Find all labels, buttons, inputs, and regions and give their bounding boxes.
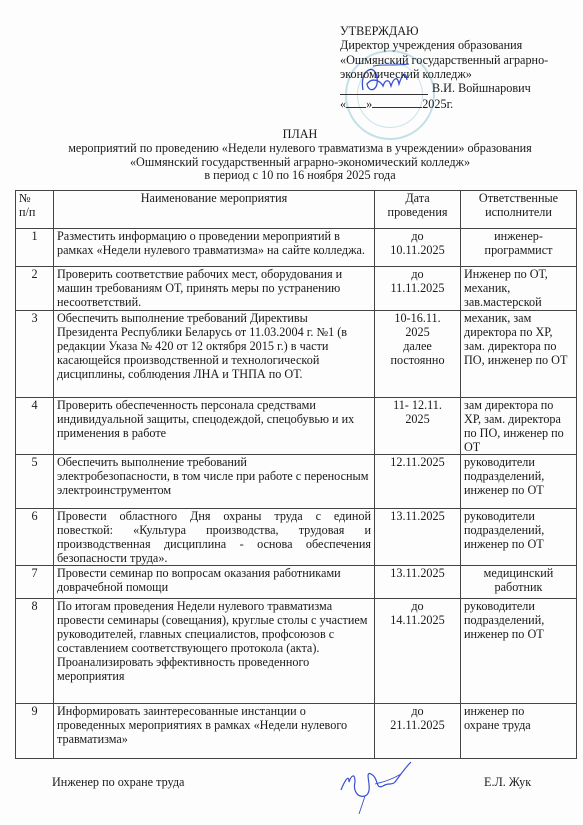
document-title: ПЛАН [20,128,580,142]
row-date: до 21.11.2025 [375,704,461,759]
row-num: 6 [16,509,54,566]
signature-blank [340,82,428,95]
row-date: 13.11.2025 [375,509,461,566]
row-name: По итогам проведения Недели нулевого тра… [54,599,375,704]
row-date: 10-16.11. 2025 далее постоянно [375,311,461,398]
approval-signatory: В.И. Войшнарович [432,81,531,95]
row-responsible: руководители подразделений, инженер по О… [461,599,577,704]
row-responsible: руководители подразделений, инженер по О… [461,509,577,566]
row-num: 3 [16,311,54,398]
footer-position: Инженер по охране труда [52,775,184,790]
day-blank [346,95,366,108]
header-date: Дата проведения [375,191,461,229]
approval-signature-line: В.И. Войшнарович [340,81,580,95]
table-row: 6 Провести областного Дня охраны труда с… [16,509,577,566]
footer-name: Е.Л. Жук [484,775,531,790]
row-num: 4 [16,398,54,455]
row-num: 5 [16,455,54,509]
row-name: Провести областного Дня охраны труда с е… [54,509,375,566]
table-row: 1 Разместить информацию о проведении мер… [16,229,577,267]
row-date: 11- 12.11. 2025 [375,398,461,455]
row-responsible: инженер по охране труда [461,704,577,759]
table-row: 8 По итогам проведения Недели нулевого т… [16,599,577,704]
row-date: 12.11.2025 [375,455,461,509]
month-blank [372,95,422,108]
table-row: 5 Обеспечить выполнение требований элект… [16,455,577,509]
row-responsible: руководители подразделений, инженер по О… [461,455,577,509]
row-num: 9 [16,704,54,759]
approval-position-line-3: экономический колледж» [340,67,580,81]
approval-position-line-2: «Ошмянский государственный аграрно- [340,53,580,67]
document-subtitle-line-2: «Ошмянский государственный аграрно-эконо… [20,156,580,170]
row-name: Информировать заинтересованные инстанции… [54,704,375,759]
row-name: Проверить обеспеченность персонала средс… [54,398,375,455]
header-num: № п/п [16,191,54,229]
engineer-signature-icon [335,760,415,815]
row-name: Провести семинар по вопросам оказания ра… [54,566,375,599]
row-num: 2 [16,267,54,311]
row-responsible: медицинский работник [461,566,577,599]
table-row: 7 Провести семинар по вопросам оказания … [16,566,577,599]
table-row: 2 Проверить соответствие рабочих мест, о… [16,267,577,311]
row-date: до 11.11.2025 [375,267,461,311]
row-name: Проверить соответствие рабочих мест, обо… [54,267,375,311]
table-header-row: № п/п Наименование мероприятия Дата пров… [16,191,577,229]
row-num: 8 [16,599,54,704]
row-responsible: зам директора по ХР, зам. директора по П… [461,398,577,455]
approval-date-line: «»2025г. [340,95,580,111]
row-num: 1 [16,229,54,267]
plan-table: № п/п Наименование мероприятия Дата пров… [15,190,577,759]
row-num: 7 [16,566,54,599]
row-responsible: механик, зам директора по ХР, зам. дирек… [461,311,577,398]
row-name: Обеспечить выполнение требований Директи… [54,311,375,398]
row-date: 13.11.2025 [375,566,461,599]
table-row: 3 Обеспечить выполнение требований Дирек… [16,311,577,398]
document-subtitle-line-3: в период с 10 по 16 ноября 2025 года [20,169,580,183]
date-year: 2025г. [422,97,453,111]
table-row: 4 Проверить обеспеченность персонала сре… [16,398,577,455]
document-title-block: ПЛАН мероприятий по проведению «Недели н… [20,128,580,183]
header-responsible: Ответственные исполнители [461,191,577,229]
document-subtitle-line-1: мероприятий по проведению «Недели нулево… [20,142,580,156]
approval-heading: УТВЕРЖДАЮ [340,24,580,38]
row-date: до 10.11.2025 [375,229,461,267]
row-date: до 14.11.2025 [375,599,461,704]
row-name: Обеспечить выполнение требований электро… [54,455,375,509]
row-name: Разместить информацию о проведении мероп… [54,229,375,267]
approval-position-line-1: Директор учреждения образования [340,38,580,52]
approval-block: УТВЕРЖДАЮ Директор учреждения образовани… [340,24,580,112]
row-responsible: Инженер по ОТ, механик, зав.мастерской [461,267,577,311]
row-responsible: инженер- программист [461,229,577,267]
table-row: 9 Информировать заинтересованные инстанц… [16,704,577,759]
header-name: Наименование мероприятия [54,191,375,229]
